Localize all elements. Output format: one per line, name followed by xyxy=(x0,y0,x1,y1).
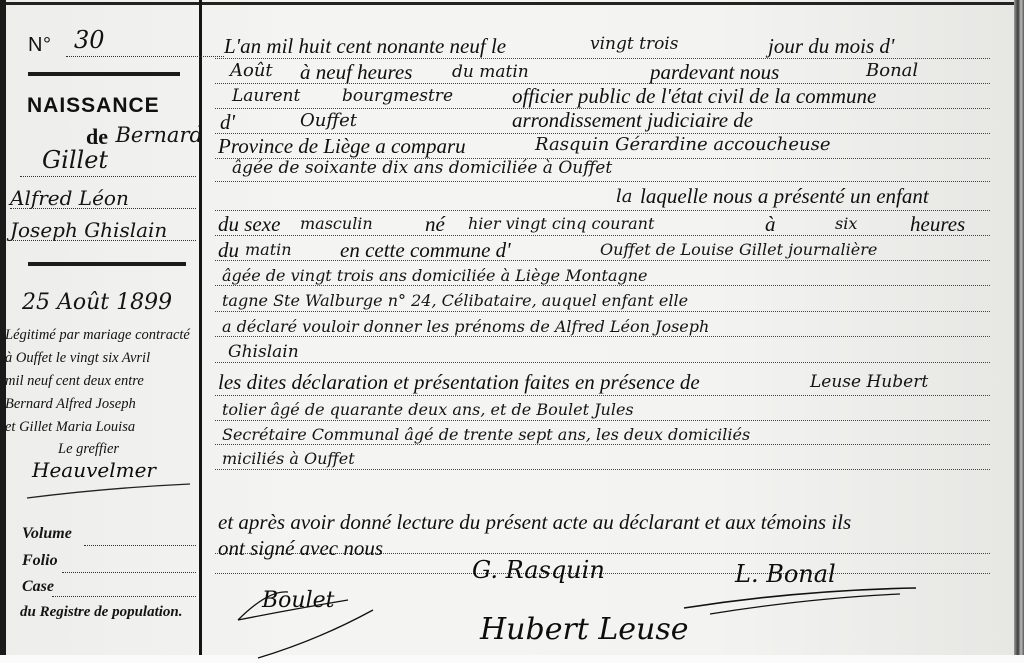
dotted-line xyxy=(215,285,990,286)
dotted-line xyxy=(215,444,990,445)
handwritten-entry: Secrétaire Communal âgé de trente sept a… xyxy=(222,425,750,444)
dotted-line xyxy=(215,362,990,363)
printed-text: les dites déclaration et présentation fa… xyxy=(218,370,700,395)
heading-naissance: NAISSANCE xyxy=(27,94,160,118)
birth-date-margin: 25 Août 1899 xyxy=(22,290,172,315)
handwritten-entry: bourgmestre xyxy=(342,86,453,106)
printed-text: arrondissement judiciaire de xyxy=(512,108,753,133)
handwritten-entry: miciliés à Ouffet xyxy=(222,449,355,468)
dotted-line xyxy=(215,210,990,211)
page-right-border xyxy=(1014,0,1024,663)
printed-text: du sexe xyxy=(218,212,280,237)
printed-text: laquelle nous a présenté un enfant xyxy=(640,184,929,209)
handwritten-entry: vingt trois xyxy=(590,34,678,54)
printed-text: pardevant nous xyxy=(650,60,779,85)
dotted-line xyxy=(215,395,990,396)
name-dotted-line-3 xyxy=(10,240,196,241)
dotted-line xyxy=(215,181,990,182)
given-names-line-1: Alfred Léon xyxy=(10,186,129,210)
handwritten-entry: Ouffet de Louise Gillet journalière xyxy=(600,240,877,259)
page-top-rule xyxy=(6,2,1016,5)
volume-label: Volume xyxy=(22,525,72,543)
margin-note-line: mil neuf cent deux entre xyxy=(5,373,144,390)
dotted-line xyxy=(215,260,990,261)
handwritten-entry: tagne Ste Walburge n° 24, Célibataire, a… xyxy=(222,291,688,310)
handwritten-entry: Leuse Hubert xyxy=(810,372,928,392)
dotted-line xyxy=(215,235,990,236)
printed-text: et après avoir donné lecture du présent … xyxy=(218,510,851,535)
margin-note-line: Bernard Alfred Joseph xyxy=(5,396,136,413)
handwritten-entry: Bonal xyxy=(866,60,918,81)
printed-text: en cette commune d' xyxy=(340,238,511,263)
handwritten-entry: matin xyxy=(245,240,292,259)
signature-declarant: G. Rasquin xyxy=(472,556,605,584)
printed-text: heures xyxy=(910,212,965,237)
printed-text: jour du mois d' xyxy=(768,34,894,59)
name-dotted-line-1 xyxy=(20,176,196,177)
thick-rule-top xyxy=(28,72,180,76)
greffier-flourish xyxy=(25,478,195,500)
register-page: N° 30 NAISSANCE de Bernard Gillet Alfred… xyxy=(0,0,1024,663)
handwritten-entry: Ouffet xyxy=(300,110,357,131)
case-label: Case xyxy=(22,578,54,596)
folio-label: Folio xyxy=(22,552,58,570)
printed-text: officier public de l'état civil de la co… xyxy=(512,84,876,109)
printed-text: Province de Liège a comparu xyxy=(218,134,466,159)
surname-bernard: Bernard xyxy=(116,123,203,147)
handwritten-entry: Rasquin Gérardine accoucheuse xyxy=(535,134,830,155)
number-value: 30 xyxy=(74,26,105,54)
margin-note-line: Légitimé par mariage contracté xyxy=(5,327,190,344)
number-dotted-line xyxy=(66,56,224,57)
margin-note-line: à Ouffet le vingt six Avril xyxy=(5,350,150,367)
handwritten-entry: six xyxy=(835,214,857,233)
handwritten-entry: hier vingt cinq courant xyxy=(468,214,654,233)
dotted-line xyxy=(215,469,990,470)
printed-text: d' xyxy=(220,110,235,135)
greffier-label: Le greffier xyxy=(58,441,119,458)
printed-text: né xyxy=(425,212,445,237)
dotted-line xyxy=(215,311,990,312)
register-footer-label: du Registre de population. xyxy=(20,604,183,621)
signature-witness-hubert: Hubert Leuse xyxy=(480,612,689,647)
dotted-line xyxy=(215,336,990,337)
volume-dotted-line xyxy=(84,545,196,546)
surname-gillet: Gillet xyxy=(42,146,108,174)
column-divider xyxy=(199,0,202,655)
handwritten-entry: âgée de vingt trois ans domiciliée à Liè… xyxy=(222,266,648,285)
margin-note-line: et Gillet Maria Louisa xyxy=(5,419,135,436)
printed-text: ont signé avec nous xyxy=(218,536,383,561)
handwritten-entry: a déclaré vouloir donner les prénoms de … xyxy=(222,317,709,336)
name-dotted-line-2 xyxy=(10,208,196,209)
handwritten-entry: Ghislain xyxy=(228,342,299,362)
page-bottom-edge xyxy=(0,655,1024,663)
handwritten-entry: Laurent xyxy=(232,86,300,106)
thick-rule-bottom xyxy=(28,262,186,266)
printed-text: à xyxy=(765,212,776,237)
dotted-line xyxy=(215,420,990,421)
folio-dotted-line xyxy=(62,572,196,573)
printed-text: à neuf heures xyxy=(300,60,412,85)
handwritten-entry: tolier âgé de quarante deux ans, et de B… xyxy=(222,400,634,419)
handwritten-entry: âgée de soixante dix ans domiciliée à Ou… xyxy=(232,158,612,178)
officer-signature-flourish xyxy=(680,580,920,616)
witness-signature-flourish xyxy=(228,580,378,660)
entry-number: N° 30 xyxy=(28,32,196,60)
handwritten-entry: masculin xyxy=(300,214,373,233)
case-dotted-line xyxy=(52,596,196,597)
printed-text: du xyxy=(218,238,239,263)
printed-text: L'an mil huit cent nonante neuf le xyxy=(224,34,506,59)
handwritten-entry: la xyxy=(616,186,633,207)
handwritten-entry: du matin xyxy=(452,62,529,82)
given-names-line-2: Joseph Ghislain xyxy=(10,218,167,242)
handwritten-entry: Août xyxy=(230,60,273,81)
number-label: N° xyxy=(28,34,51,57)
